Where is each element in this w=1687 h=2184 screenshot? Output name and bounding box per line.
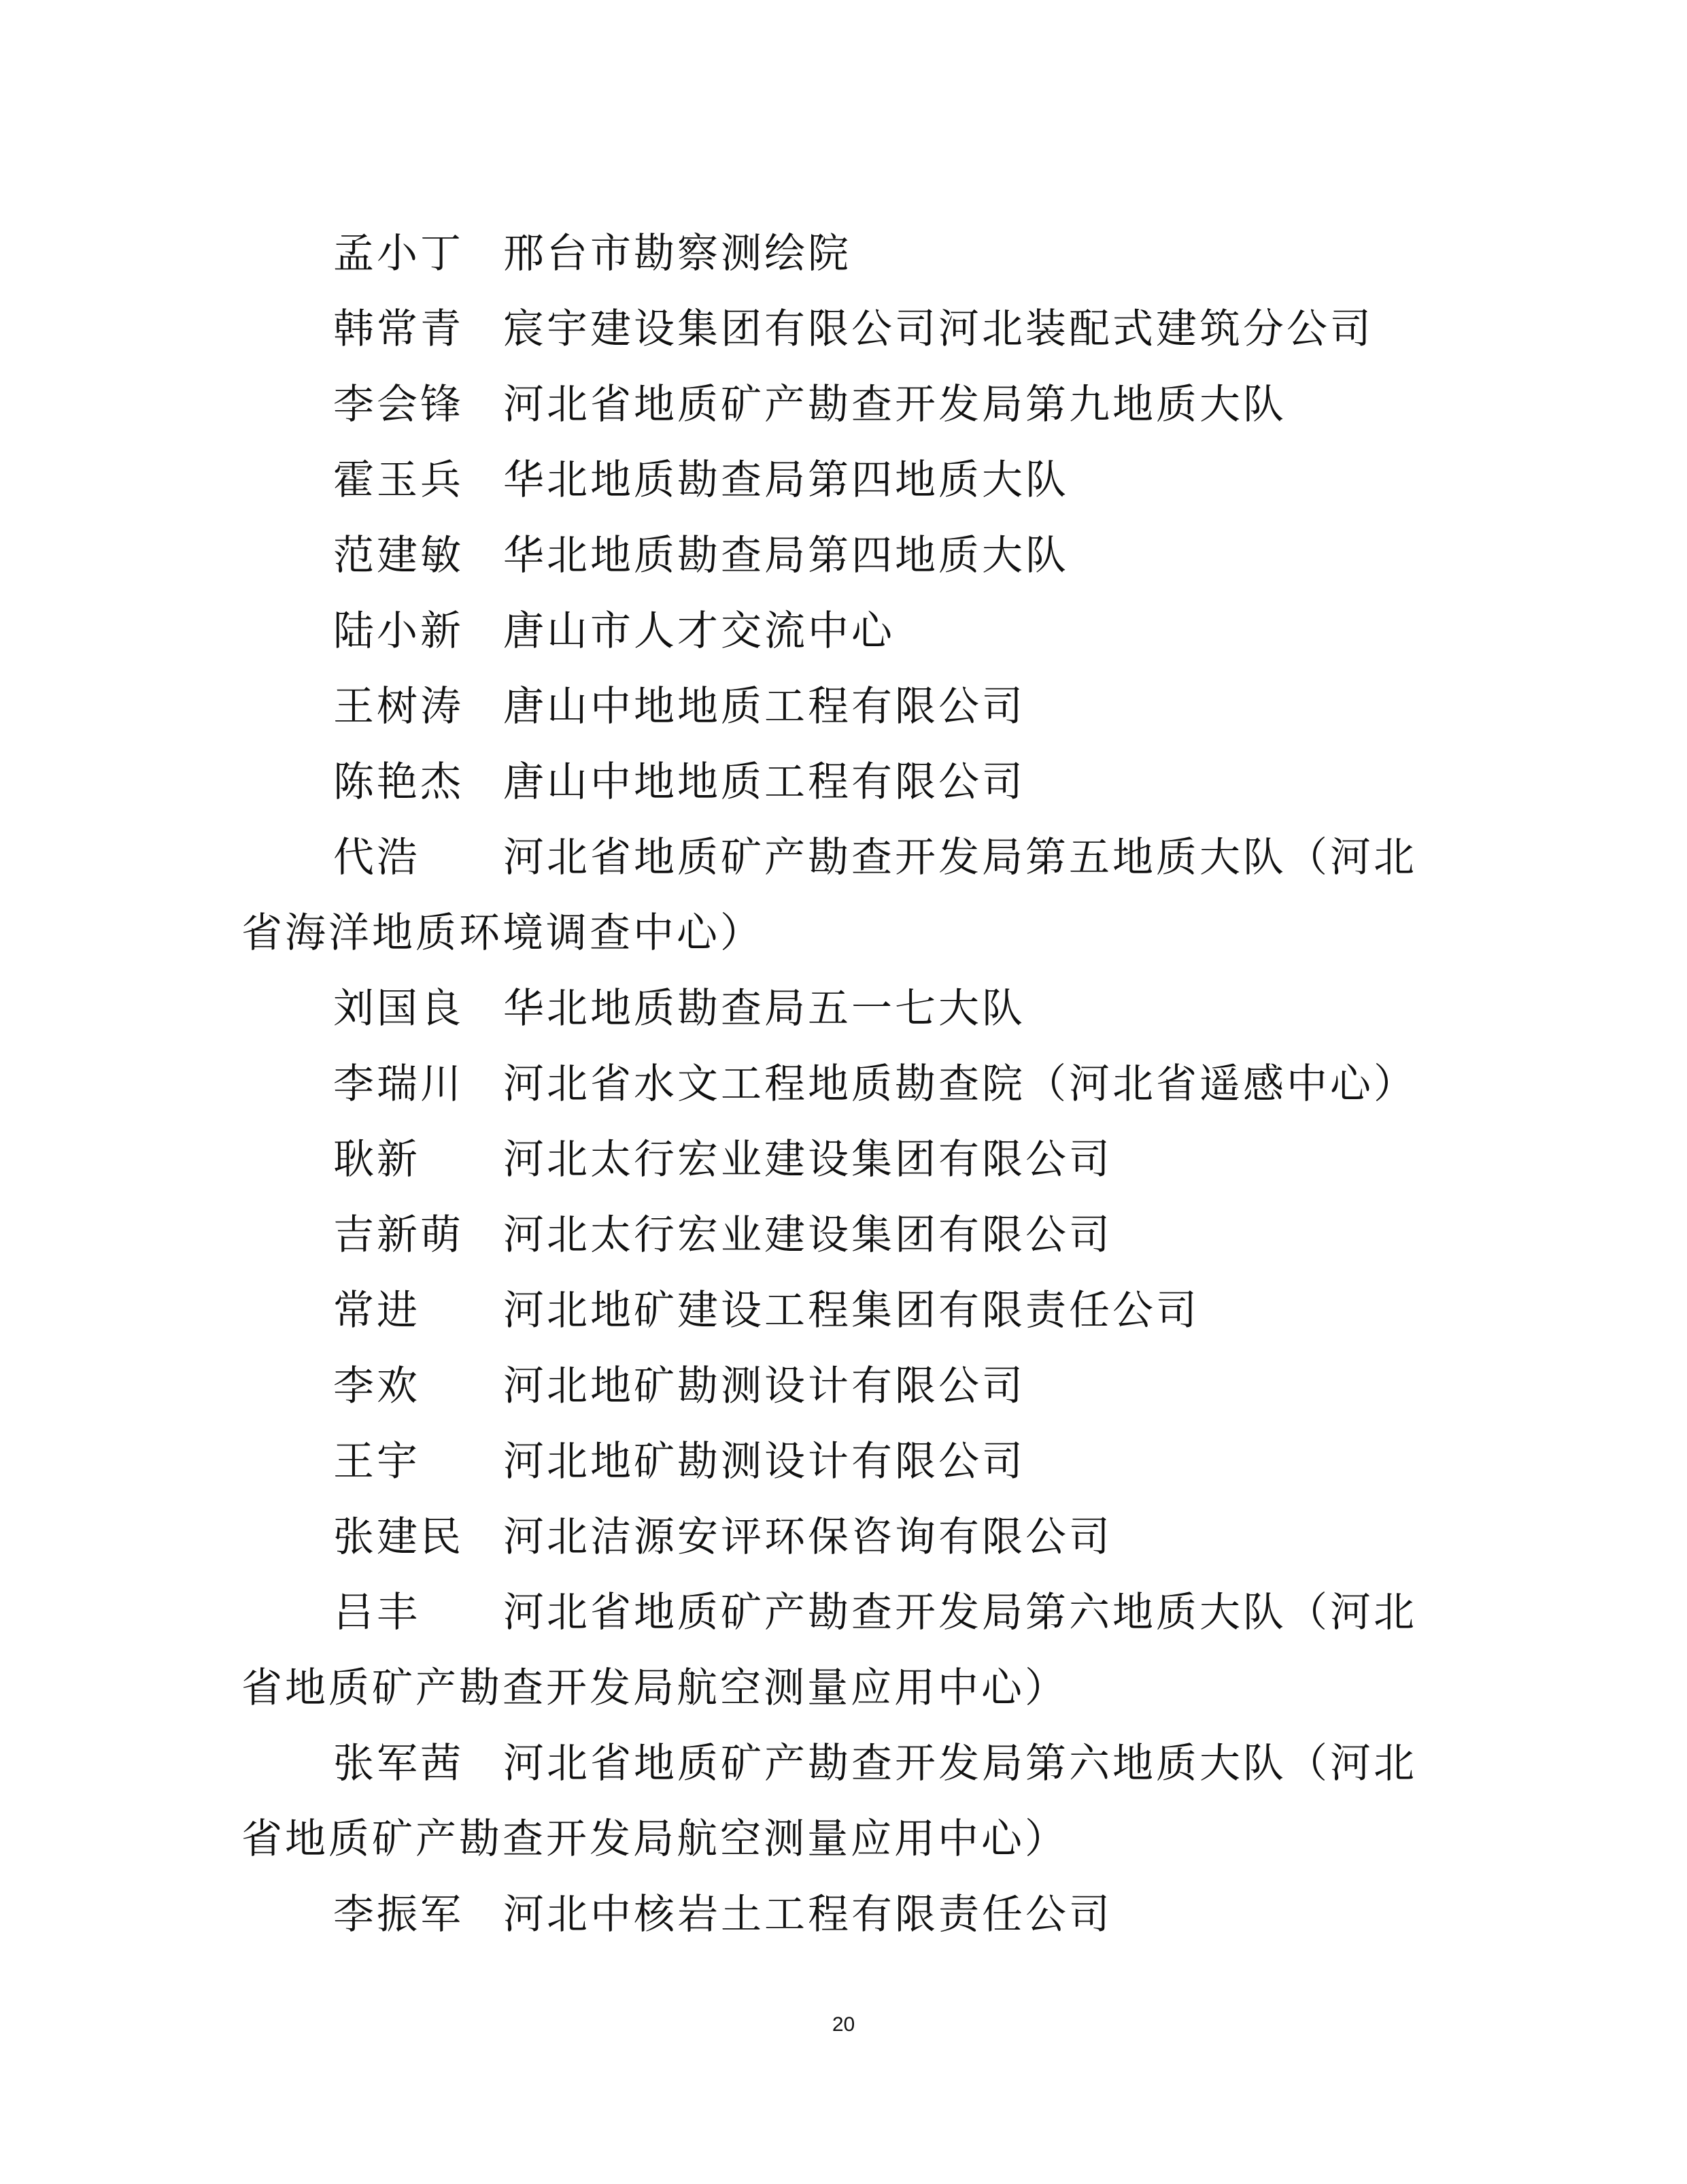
organization-name-continuation: 省地质矿产勘查开发局航空测量应用中心） (241, 1802, 1438, 1877)
organization-name: 华北地质勘查局第四地质大队 (503, 443, 1069, 518)
organization-name: 河北省地质矿产勘查开发局第六地质大队（河北 (503, 1575, 1417, 1651)
person-name: 王宇 (333, 1424, 503, 1500)
entry-row: 张建民河北洁源安评环保咨询有限公司 (241, 1500, 1438, 1575)
person-name: 张军茜 (333, 1726, 503, 1802)
list-item: 李瑞川河北省水文工程地质勘查院（河北省遥感中心） (241, 1047, 1438, 1122)
person-name: 陈艳杰 (333, 745, 503, 820)
entry-row: 王宇河北地矿勘测设计有限公司 (241, 1424, 1438, 1500)
list-item: 张军茜河北省地质矿产勘查开发局第六地质大队（河北省地质矿产勘查开发局航空测量应用… (241, 1726, 1438, 1877)
list-item: 刘国良华北地质勘查局五一七大队 (241, 971, 1438, 1047)
organization-name: 宸宇建设集团有限公司河北装配式建筑分公司 (503, 292, 1374, 367)
list-item: 吉新萌河北太行宏业建设集团有限公司 (241, 1198, 1438, 1273)
person-name: 李会锋 (333, 367, 503, 443)
page-number: 20 (0, 2013, 1687, 2036)
organization-name: 河北中核岩土工程有限责任公司 (503, 1877, 1112, 1953)
person-name: 张建民 (333, 1500, 503, 1575)
name-list: 孟小丁邢台市勘察测绘院韩常青宸宇建设集团有限公司河北装配式建筑分公司李会锋河北省… (241, 216, 1438, 1953)
organization-name: 华北地质勘查局第四地质大队 (503, 518, 1069, 594)
person-name: 吉新萌 (333, 1198, 503, 1273)
person-name: 王树涛 (333, 669, 503, 745)
list-item: 陈艳杰唐山中地地质工程有限公司 (241, 745, 1438, 820)
organization-name: 华北地质勘查局五一七大队 (503, 971, 1025, 1047)
entry-row: 孟小丁邢台市勘察测绘院 (241, 216, 1438, 292)
list-item: 常进河北地矿建设工程集团有限责任公司 (241, 1273, 1438, 1349)
list-item: 李会锋河北省地质矿产勘查开发局第九地质大队 (241, 367, 1438, 443)
organization-name: 河北省地质矿产勘查开发局第五地质大队（河北 (503, 820, 1417, 896)
organization-name: 唐山市人才交流中心 (503, 594, 895, 669)
entry-row: 耿新河北太行宏业建设集团有限公司 (241, 1122, 1438, 1198)
organization-name: 河北地矿勘测设计有限公司 (503, 1349, 1025, 1424)
person-name: 耿新 (333, 1122, 503, 1198)
person-name: 李瑞川 (333, 1047, 503, 1122)
list-item: 代浩河北省地质矿产勘查开发局第五地质大队（河北省海洋地质环境调查中心） (241, 820, 1438, 971)
person-name: 范建敏 (333, 518, 503, 594)
list-item: 范建敏华北地质勘查局第四地质大队 (241, 518, 1438, 594)
list-item: 吕丰河北省地质矿产勘查开发局第六地质大队（河北省地质矿产勘查开发局航空测量应用中… (241, 1575, 1438, 1726)
list-item: 王树涛唐山中地地质工程有限公司 (241, 669, 1438, 745)
entry-row: 李会锋河北省地质矿产勘查开发局第九地质大队 (241, 367, 1438, 443)
entry-row: 陈艳杰唐山中地地质工程有限公司 (241, 745, 1438, 820)
document-page: 孟小丁邢台市勘察测绘院韩常青宸宇建设集团有限公司河北装配式建筑分公司李会锋河北省… (0, 0, 1687, 2184)
organization-name: 河北太行宏业建设集团有限公司 (503, 1198, 1112, 1273)
entry-row: 李瑞川河北省水文工程地质勘查院（河北省遥感中心） (241, 1047, 1438, 1122)
list-item: 王宇河北地矿勘测设计有限公司 (241, 1424, 1438, 1500)
entry-row: 张军茜河北省地质矿产勘查开发局第六地质大队（河北 (241, 1726, 1438, 1802)
person-name: 霍玉兵 (333, 443, 503, 518)
entry-row: 王树涛唐山中地地质工程有限公司 (241, 669, 1438, 745)
person-name: 孟小丁 (333, 216, 503, 292)
entry-row: 刘国良华北地质勘查局五一七大队 (241, 971, 1438, 1047)
list-item: 韩常青宸宇建设集团有限公司河北装配式建筑分公司 (241, 292, 1438, 367)
entry-row: 陆小新唐山市人才交流中心 (241, 594, 1438, 669)
person-name: 刘国良 (333, 971, 503, 1047)
person-name: 李欢 (333, 1349, 503, 1424)
person-name: 常进 (333, 1273, 503, 1349)
list-item: 耿新河北太行宏业建设集团有限公司 (241, 1122, 1438, 1198)
person-name: 陆小新 (333, 594, 503, 669)
organization-name: 河北省地质矿产勘查开发局第六地质大队（河北 (503, 1726, 1417, 1802)
list-item: 霍玉兵华北地质勘查局第四地质大队 (241, 443, 1438, 518)
entry-row: 李振军河北中核岩土工程有限责任公司 (241, 1877, 1438, 1953)
list-item: 孟小丁邢台市勘察测绘院 (241, 216, 1438, 292)
organization-name: 唐山中地地质工程有限公司 (503, 745, 1025, 820)
person-name: 吕丰 (333, 1575, 503, 1651)
organization-name-continuation: 省海洋地质环境调查中心） (241, 896, 1438, 971)
organization-name: 河北省水文工程地质勘查院（河北省遥感中心） (503, 1047, 1417, 1122)
organization-name: 河北太行宏业建设集团有限公司 (503, 1122, 1112, 1198)
entry-row: 吉新萌河北太行宏业建设集团有限公司 (241, 1198, 1438, 1273)
person-name: 李振军 (333, 1877, 503, 1953)
organization-name: 河北地矿勘测设计有限公司 (503, 1424, 1025, 1500)
organization-name: 河北地矿建设工程集团有限责任公司 (503, 1273, 1199, 1349)
entry-row: 吕丰河北省地质矿产勘查开发局第六地质大队（河北 (241, 1575, 1438, 1651)
list-item: 陆小新唐山市人才交流中心 (241, 594, 1438, 669)
list-item: 李振军河北中核岩土工程有限责任公司 (241, 1877, 1438, 1953)
entry-row: 韩常青宸宇建设集团有限公司河北装配式建筑分公司 (241, 292, 1438, 367)
entry-row: 范建敏华北地质勘查局第四地质大队 (241, 518, 1438, 594)
entry-row: 常进河北地矿建设工程集团有限责任公司 (241, 1273, 1438, 1349)
list-item: 李欢河北地矿勘测设计有限公司 (241, 1349, 1438, 1424)
entry-row: 代浩河北省地质矿产勘查开发局第五地质大队（河北 (241, 820, 1438, 896)
organization-name-continuation: 省地质矿产勘查开发局航空测量应用中心） (241, 1651, 1438, 1726)
organization-name: 唐山中地地质工程有限公司 (503, 669, 1025, 745)
entry-row: 李欢河北地矿勘测设计有限公司 (241, 1349, 1438, 1424)
organization-name: 河北省地质矿产勘查开发局第九地质大队 (503, 367, 1286, 443)
person-name: 韩常青 (333, 292, 503, 367)
person-name: 代浩 (333, 820, 503, 896)
organization-name: 邢台市勘察测绘院 (503, 216, 851, 292)
organization-name: 河北洁源安评环保咨询有限公司 (503, 1500, 1112, 1575)
entry-row: 霍玉兵华北地质勘查局第四地质大队 (241, 443, 1438, 518)
list-item: 张建民河北洁源安评环保咨询有限公司 (241, 1500, 1438, 1575)
